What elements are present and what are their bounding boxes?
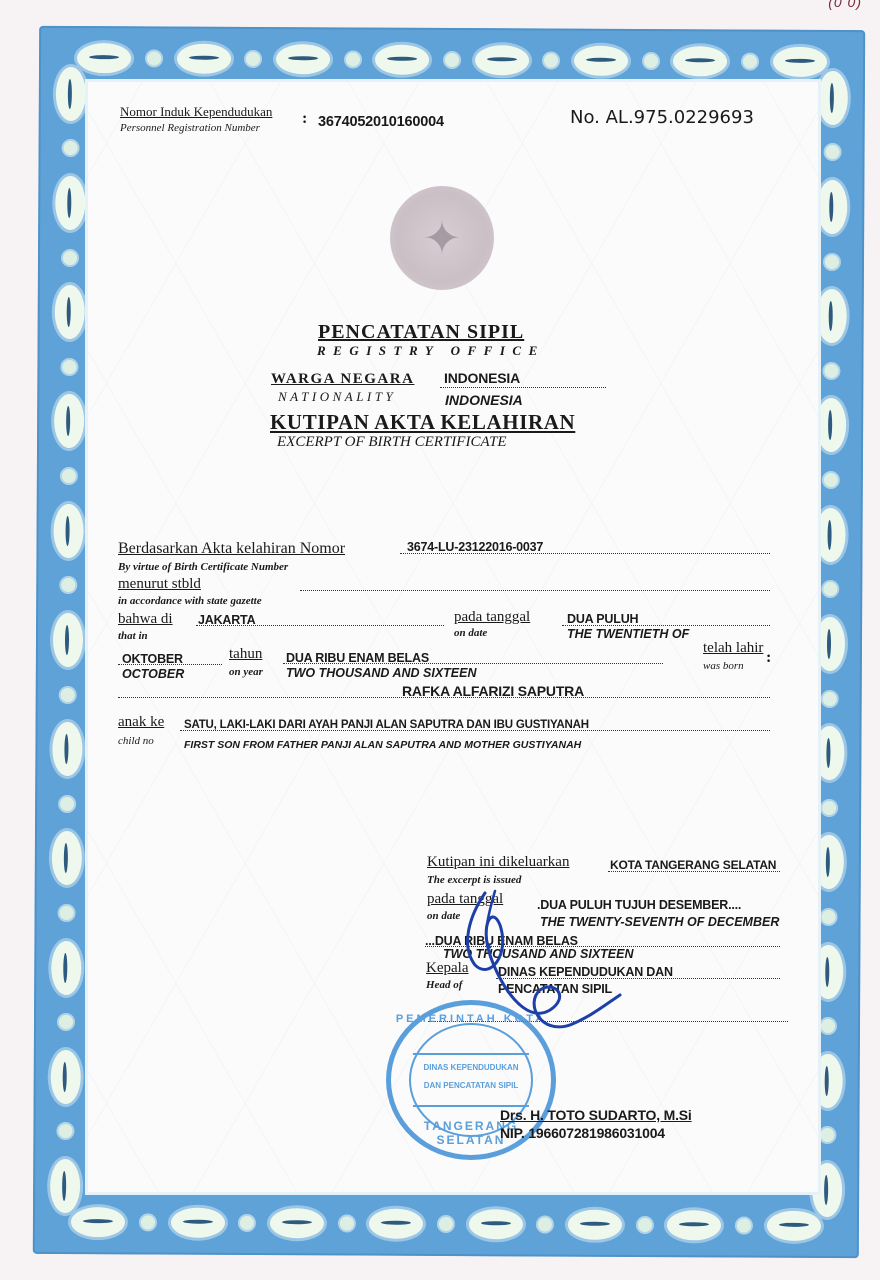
born-label-id: telah lahir [703, 640, 763, 657]
signature-icon [430, 885, 640, 1055]
born-colon: : [766, 649, 771, 667]
nik-label-en: Personnel Registration Number [120, 122, 260, 134]
office-title-en: REGISTRY OFFICE [317, 343, 545, 359]
date-label-en: on date [454, 627, 487, 639]
cert-number-label-en: By virtue of Birth Certificate Number [118, 561, 288, 573]
date-label-id: pada tanggal [454, 609, 530, 626]
nationality-value-id: INDONESIA [444, 370, 520, 386]
document-number: No. AL.975.0229693 [570, 107, 754, 128]
issued-label-id: Kutipan ini dikeluarkan [427, 854, 569, 871]
year-label-en: on year [229, 666, 263, 678]
cert-number-label-id: Berdasarkan Akta kelahiran Nomor [118, 540, 345, 558]
nationality-value-en: INDONESIA [445, 392, 523, 408]
office-title-id: PENCATATAN SIPIL [318, 321, 524, 344]
born-label-en: was born [703, 660, 744, 672]
place-label-id: bahwa di [118, 611, 173, 628]
year-label-id: tahun [229, 646, 262, 663]
official-name: Drs. H. TOTO SUDARTO, M.Si [500, 1107, 692, 1123]
nik-label-id: Nomor Induk Kependudukan [120, 104, 272, 120]
cert-number-value: 3674-LU-23122016-0037 [407, 540, 543, 554]
stamp-center-text: DINAS KEPENDUDUKAN DAN PENCATATAN SIPIL [413, 1053, 529, 1107]
child-no-label-en: child no [118, 735, 154, 747]
border-chain-bottom [63, 1200, 829, 1248]
document-title-en: EXCERPT OF BIRTH CERTIFICATE [277, 434, 507, 451]
date-value-id: DUA PULUH [567, 612, 638, 626]
nationality-label-en: NATIONALITY [278, 389, 396, 405]
stbld-label-en: in accordance with state gazette [118, 595, 262, 607]
year-value-en: TWO THOUSAND AND SIXTEEN [286, 666, 477, 680]
child-no-label-id: anak ke [118, 714, 164, 731]
month-value-en: OCTOBER [122, 667, 184, 681]
garuda-emblem-icon: ✦ [390, 186, 494, 290]
official-nip: NIP. 196607281986031004 [500, 1125, 665, 1141]
stbld-label-id: menurut stbld [118, 576, 201, 593]
nik-separator: : [302, 110, 307, 128]
child-no-value-en: FIRST SON FROM FATHER PANJI ALAN SAPUTRA… [184, 739, 581, 751]
nik-value: 3674052010160004 [318, 114, 444, 130]
handwritten-corner-note: (0 0) [828, 0, 862, 10]
border-chain-left [43, 56, 93, 1224]
issued-place-value: KOTA TANGERANG SELATAN [610, 858, 776, 872]
document-title-id: KUTIPAN AKTA KELAHIRAN [270, 410, 575, 435]
date-value-en: THE TWENTIETH OF [567, 627, 689, 641]
border-chain-top [69, 36, 835, 84]
nationality-label-id: WARGA NEGARA [271, 371, 414, 388]
place-label-en: that in [118, 630, 148, 642]
